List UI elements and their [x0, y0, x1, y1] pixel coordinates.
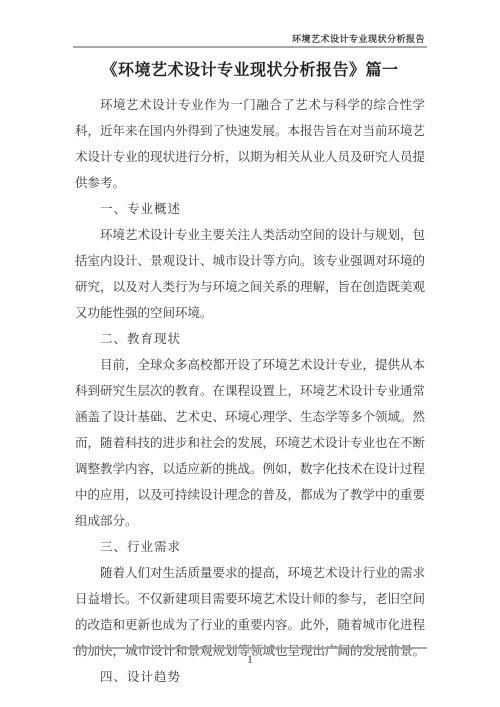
header-rule: [73, 46, 427, 48]
section-heading: 四、设计趋势: [75, 664, 425, 690]
body-paragraph: 环境艺术设计专业作为一门融合了艺术与科学的综合性学科，近年来在国内外得到了快速发…: [75, 92, 425, 196]
section-heading: 一、专业概述: [75, 196, 425, 222]
section-heading: 二、教育现状: [75, 326, 425, 352]
document-title: 《环境艺术设计专业现状分析报告》篇一: [0, 60, 500, 82]
page-number: 1: [0, 651, 500, 667]
body-paragraph: 环境艺术设计专业主要关注人类活动空间的设计与规划，包括室内设计、景观设计、城市设…: [75, 222, 425, 326]
running-header: 环境艺术设计专业现状分析报告: [292, 32, 425, 45]
section-heading: 三、行业需求: [75, 534, 425, 560]
document-body: 环境艺术设计专业作为一门融合了艺术与科学的综合性学科，近年来在国内外得到了快速发…: [75, 92, 425, 690]
document-page: 环境艺术设计专业现状分析报告 《环境艺术设计专业现状分析报告》篇一 环境艺术设计…: [0, 0, 500, 707]
body-paragraph: 目前，全球众多高校都开设了环境艺术设计专业，提供从本科到研究生层次的教育。在课程…: [75, 352, 425, 534]
footer-rule: [73, 647, 427, 649]
